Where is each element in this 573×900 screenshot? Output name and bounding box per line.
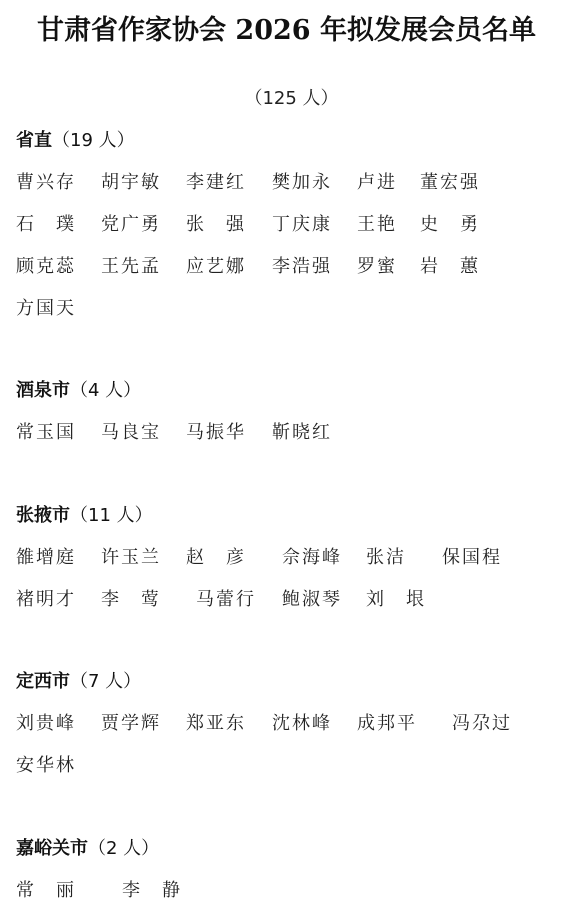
member-name: 顾克蕊 [16,252,76,278]
member-name: 常玉国 [16,418,76,444]
section-heading-zhangye: 张掖市（11 人） [16,501,153,527]
member-name: 冯尕过 [452,709,512,735]
member-name: 雒增庭 [16,543,76,569]
page-title: 甘肃省作家协会 2026 年拟发展会员名单 [0,8,573,47]
section-name: 定西市 [16,671,70,692]
section-count: （4 人） [70,380,141,401]
member-name: 卢进 [357,168,397,194]
member-name: 李 莺 [101,585,161,611]
section-heading-jiayuguan: 嘉峪关市（2 人） [16,834,159,860]
member-name: 胡宇敏 [101,168,161,194]
member-name: 方国天 [16,294,76,320]
section-count: （11 人） [70,505,153,526]
section-count: （2 人） [88,838,159,859]
member-name: 刘 垠 [366,585,426,611]
section-heading-shengzhi: 省直（19 人） [16,126,135,152]
member-name: 赵 彦 [186,543,246,569]
member-name: 李 静 [122,876,182,900]
member-name: 贾学辉 [101,709,161,735]
member-name: 马振华 [186,418,246,444]
section-count: （7 人） [70,671,141,692]
member-name: 张洁 [366,543,406,569]
section-name: 省直 [16,130,52,151]
member-name: 丁庆康 [272,210,332,236]
member-name: 党广勇 [101,210,161,236]
member-name: 王先孟 [101,252,161,278]
member-name: 李建红 [186,168,246,194]
member-name: 曹兴存 [16,168,76,194]
member-name: 靳晓红 [272,418,332,444]
member-name: 李浩强 [272,252,332,278]
member-name: 应艺娜 [186,252,246,278]
member-name: 佘海峰 [282,543,342,569]
member-name: 保国程 [442,543,502,569]
section-name: 酒泉市 [16,380,70,401]
member-name: 樊加永 [272,168,332,194]
section-name: 嘉峪关市 [16,838,88,859]
member-name: 成邦平 [357,709,417,735]
member-name: 岩 蕙 [420,252,480,278]
member-name: 王艳 [357,210,397,236]
member-name: 安华林 [16,751,76,777]
member-name: 石 璞 [16,210,76,236]
section-name: 张掖市 [16,505,70,526]
member-name: 张 强 [186,210,246,236]
section-heading-dingxi: 定西市（7 人） [16,667,141,693]
member-name: 褚明才 [16,585,76,611]
member-name: 刘贵峰 [16,709,76,735]
member-name: 史 勇 [420,210,480,236]
member-name: 鲍淑琴 [282,585,342,611]
member-name: 郑亚东 [186,709,246,735]
section-count: （19 人） [52,130,135,151]
member-name: 沈林峰 [272,709,332,735]
member-name: 马良宝 [101,418,161,444]
total-count: （125 人） [0,84,573,110]
section-heading-jiuquan: 酒泉市（4 人） [16,376,141,402]
member-name: 许玉兰 [101,543,161,569]
member-name: 马蕾行 [196,585,256,611]
member-name: 董宏强 [420,168,480,194]
member-name: 常 丽 [16,876,76,900]
member-name: 罗蜜 [357,252,397,278]
